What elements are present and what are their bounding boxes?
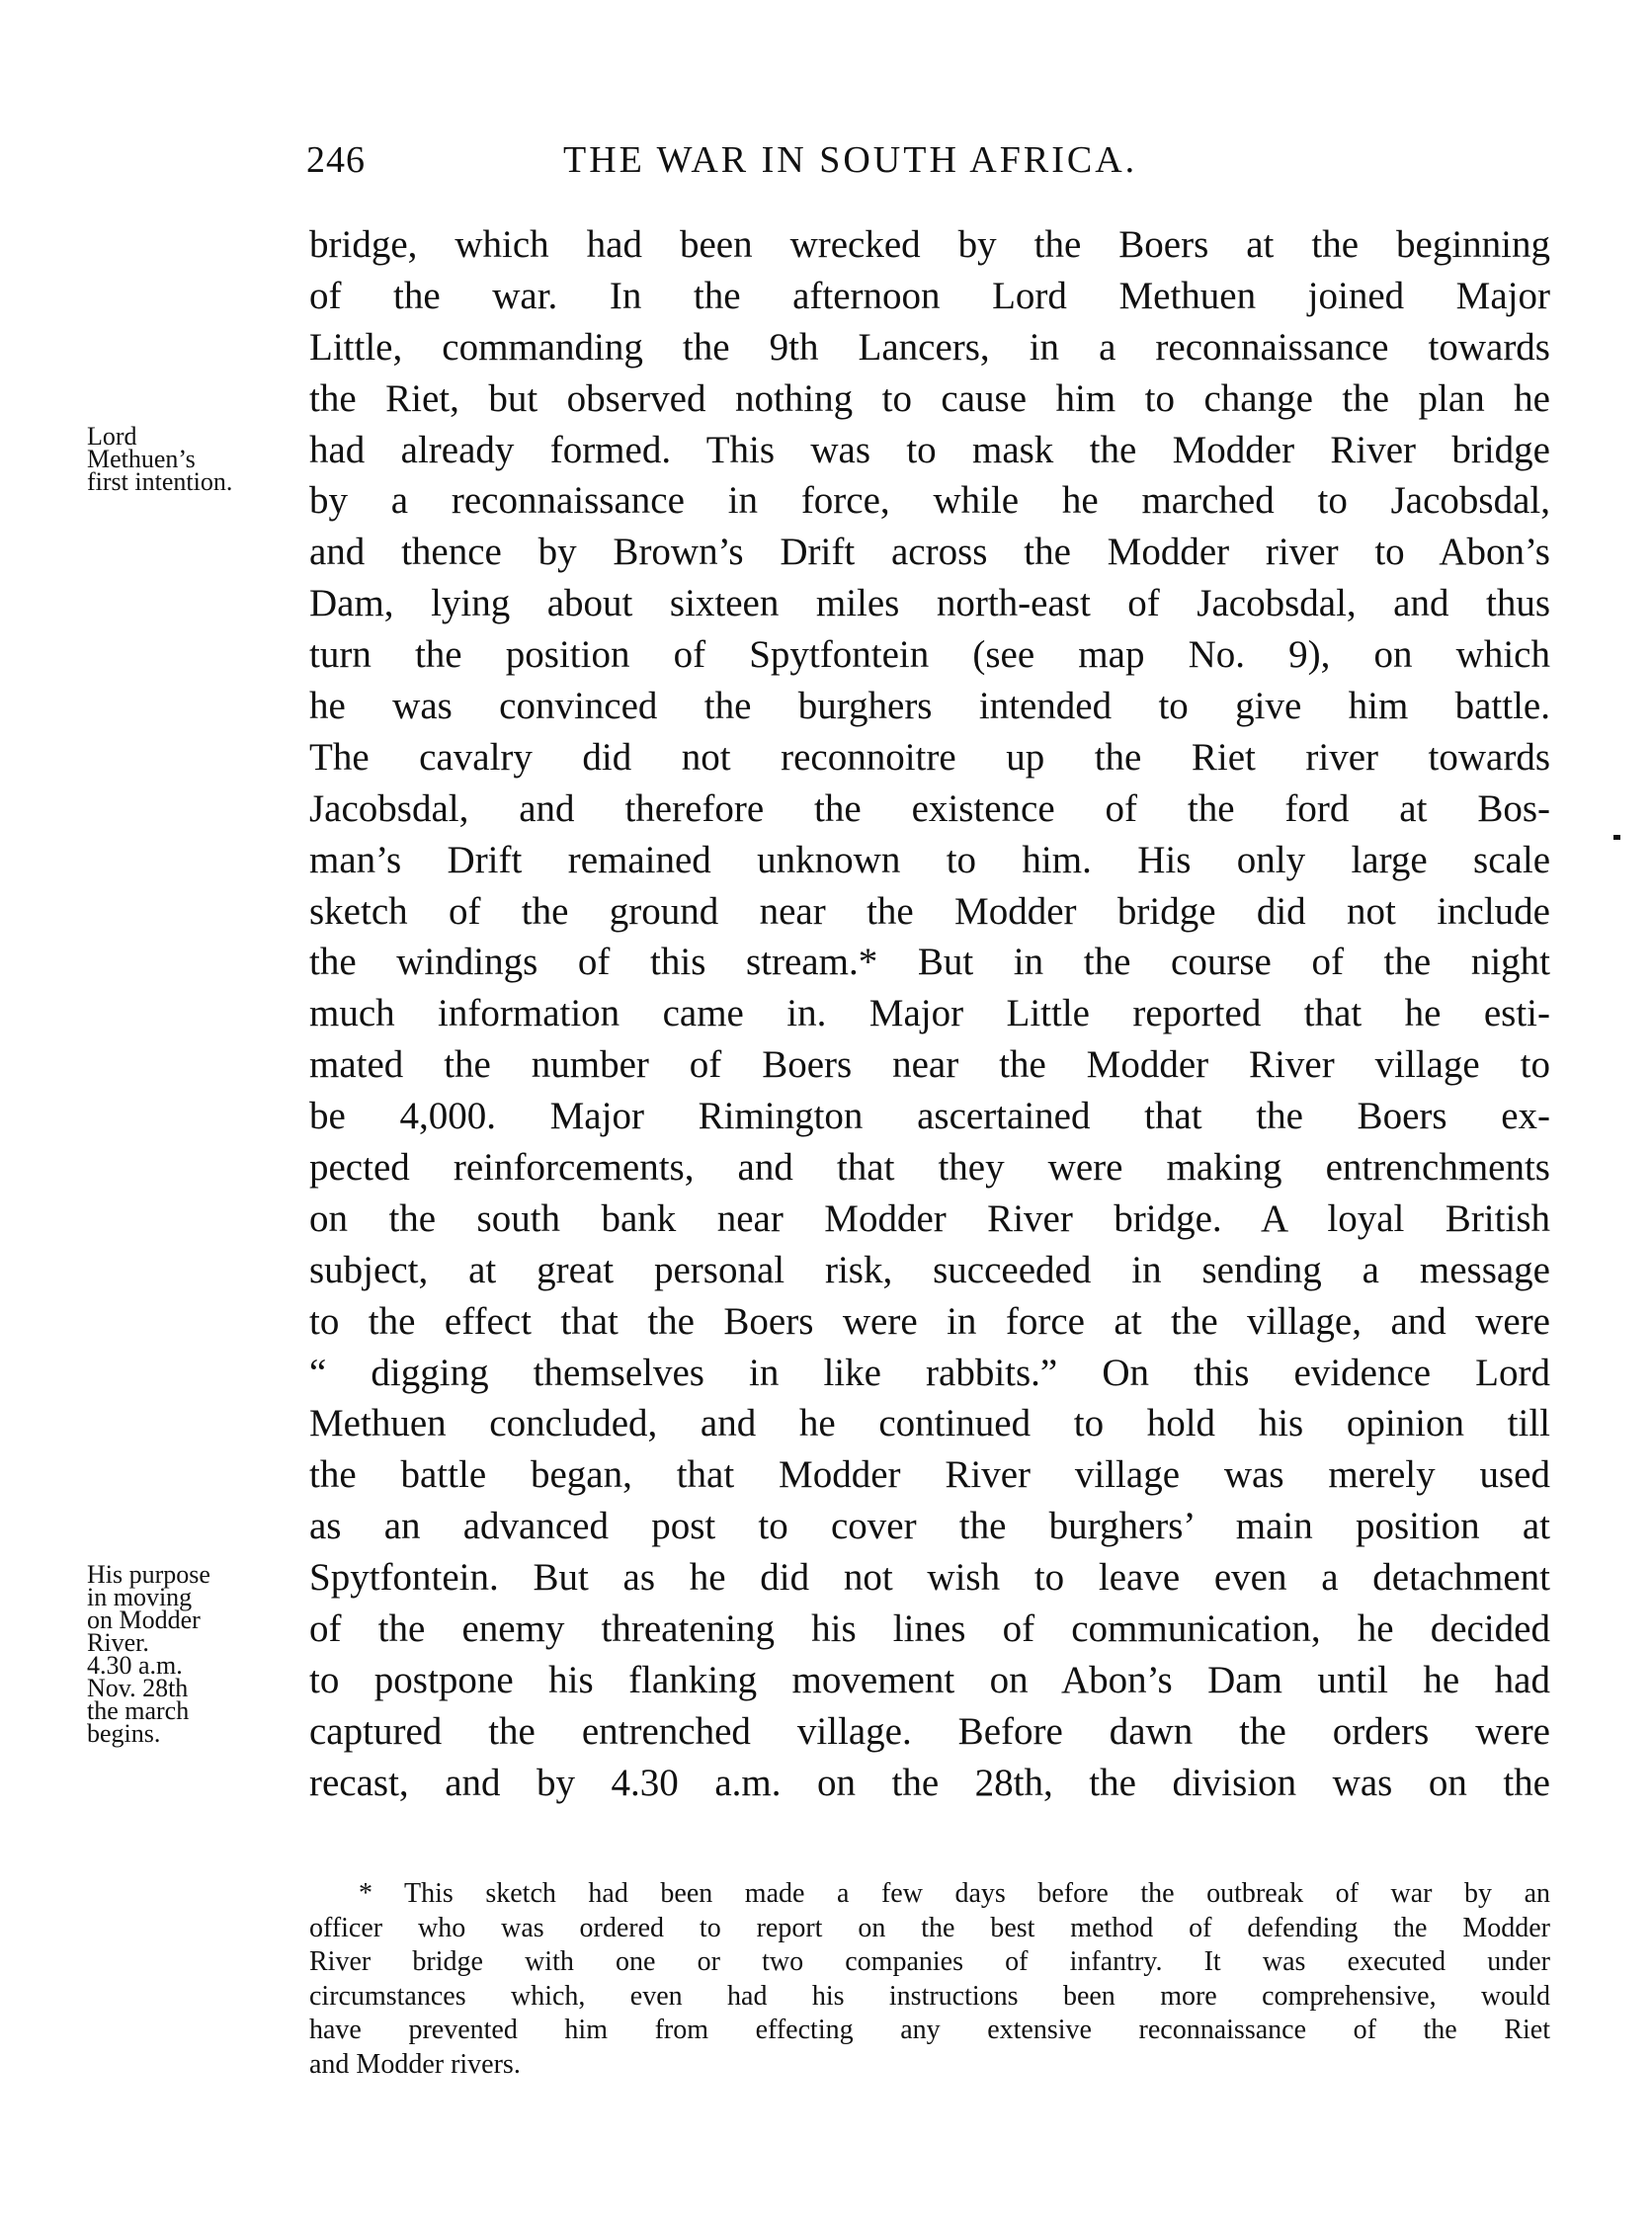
footnote-line: and Modder rivers.	[309, 2048, 1550, 2083]
body-line: Jacobsdal, and therefore the existence o…	[309, 783, 1550, 835]
page-header: 246 THE WAR IN SOUTH AFRICA.	[306, 138, 1551, 190]
body-line: The cavalry did not reconnoitre up the R…	[309, 732, 1550, 783]
body-line: and thence by Brown’s Drift across the M…	[309, 527, 1550, 578]
body-line: turn the position of Spytfontein (see ma…	[309, 629, 1550, 681]
footnote-line: officer who was ordered to report on the…	[309, 1912, 1550, 1946]
body-line: to the effect that the Boers were in for…	[309, 1296, 1550, 1348]
body-line: by a reconnaissance in force, while he m…	[309, 475, 1550, 527]
body-line: “ digging themselves in like rabbits.” O…	[309, 1348, 1550, 1399]
body-text: bridge, which had been wrecked by the Bo…	[309, 219, 1550, 1809]
body-line: as an advanced post to cover the burgher…	[309, 1501, 1550, 1552]
body-line: Dam, lying about sixteen miles north-eas…	[309, 578, 1550, 629]
body-line: to postpone his flanking movement on Abo…	[309, 1655, 1550, 1706]
body-line: of the enemy threatening his lines of co…	[309, 1604, 1550, 1655]
body-line: sketch of the ground near the Modder bri…	[309, 886, 1550, 938]
body-line: on the south bank near Modder River brid…	[309, 1194, 1550, 1245]
body-line: subject, at great personal risk, succeed…	[309, 1245, 1550, 1296]
running-title: THE WAR IN SOUTH AFRICA.	[563, 138, 1137, 182]
body-line: had already formed. This was to mask the…	[309, 425, 1550, 476]
body-line: the windings of this stream.* But in the…	[309, 937, 1550, 988]
footnote: * This sketch had been made a few days b…	[309, 1877, 1550, 2082]
body-line: pected reinforcements, and that they wer…	[309, 1142, 1550, 1194]
margin-note-first-intention: Lord Methuen’s first intention.	[87, 425, 232, 493]
body-line: much information came in. Major Little r…	[309, 988, 1550, 1039]
footnote-line: have prevented him from effecting any ex…	[309, 2014, 1550, 2048]
body-line: man’s Drift remained unknown to him. His…	[309, 835, 1550, 886]
margin-note-line: begins.	[87, 1722, 210, 1745]
body-line: the Riet, but observed nothing to cause …	[309, 373, 1550, 425]
footnote-line: circumstances which, even had his instru…	[309, 1980, 1550, 2015]
margin-note-line: first intention.	[87, 470, 232, 493]
body-line: bridge, which had been wrecked by the Bo…	[309, 219, 1550, 271]
body-line: Little, commanding the 9th Lancers, in a…	[309, 322, 1550, 373]
body-line: recast, and by 4.30 a.m. on the 28th, th…	[309, 1758, 1550, 1809]
footnote-line: River bridge with one or two companies o…	[309, 1945, 1550, 1980]
body-line: Spytfontein. But as he did not wish to l…	[309, 1552, 1550, 1604]
scan-artifact-mark	[1613, 835, 1620, 840]
body-line: the battle began, that Modder River vill…	[309, 1449, 1550, 1501]
body-line: he was convinced the burghers intended t…	[309, 681, 1550, 732]
margin-note-purpose: His purpose in moving on Modder River. 4…	[87, 1563, 210, 1745]
footnote-line: * This sketch had been made a few days b…	[309, 1877, 1550, 1912]
body-line: Methuen concluded, and he continued to h…	[309, 1398, 1550, 1449]
body-line: mated the number of Boers near the Modde…	[309, 1039, 1550, 1091]
body-line: be 4,000. Major Rimington ascertained th…	[309, 1091, 1550, 1142]
body-line: captured the entrenched village. Before …	[309, 1706, 1550, 1758]
body-line: of the war. In the afternoon Lord Methue…	[309, 271, 1550, 322]
page-number: 246	[306, 138, 366, 182]
